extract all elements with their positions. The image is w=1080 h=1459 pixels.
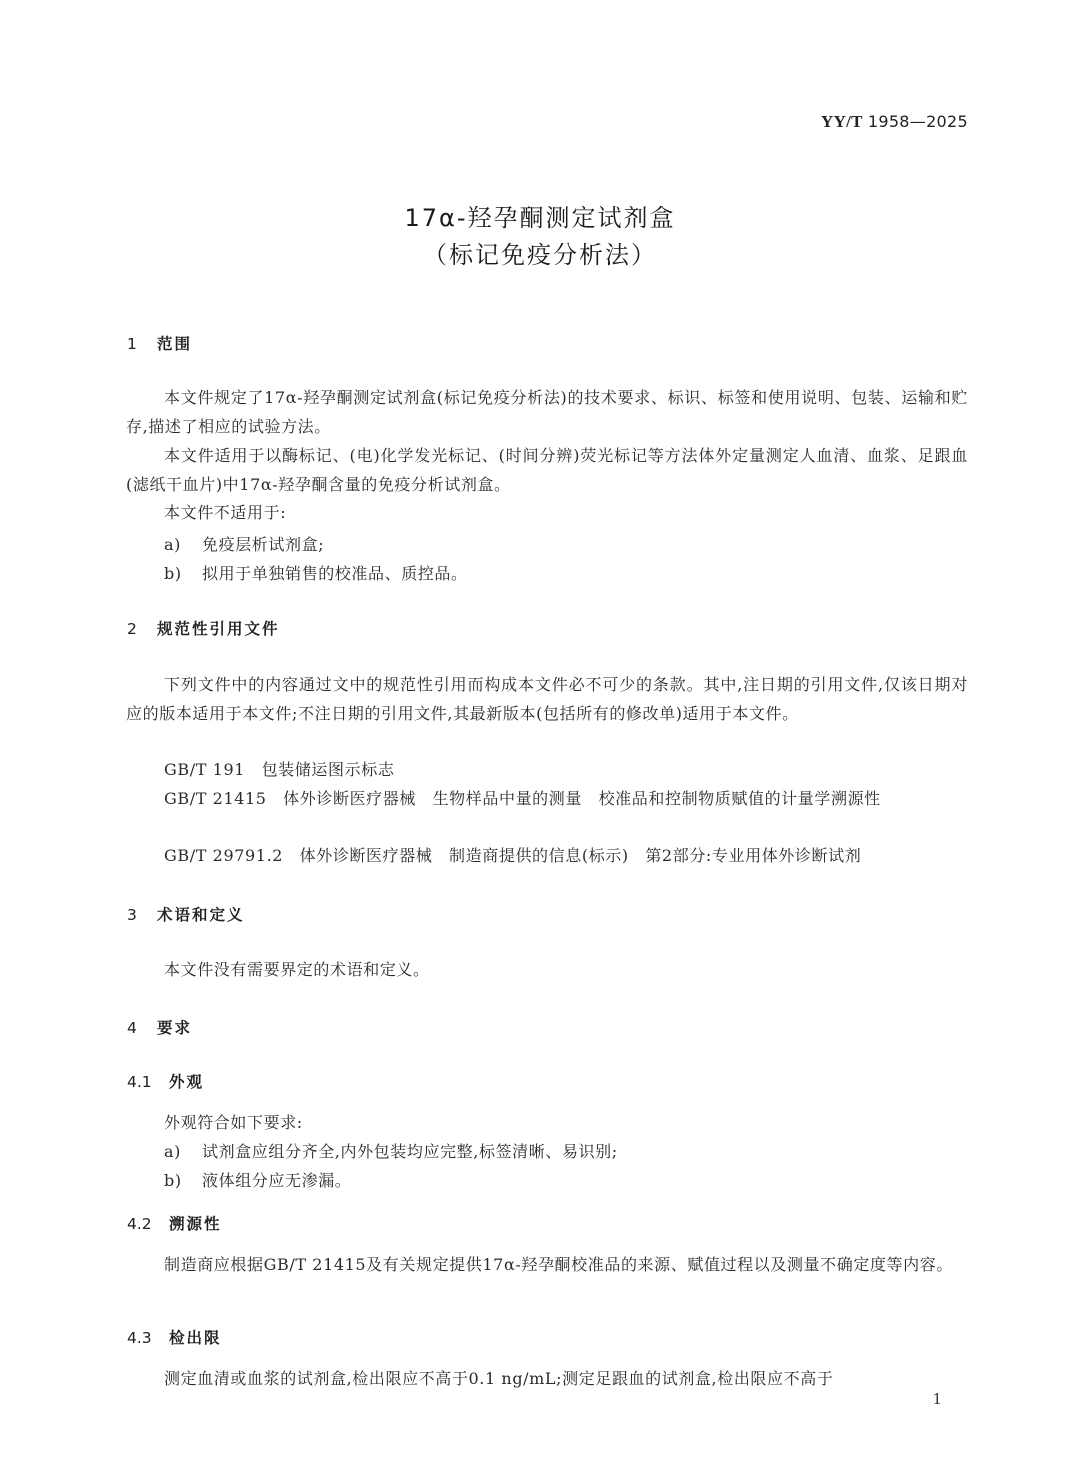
section-title: 术语和定义 — [157, 906, 245, 924]
title-line-1: 17α-羟孕酮测定试剂盒 — [0, 200, 1080, 237]
standard-prefix: YY/T — [821, 112, 863, 131]
section-number: 4 — [127, 1019, 157, 1037]
document-title: 17α-羟孕酮测定试剂盒 （标记免疫分析法） — [0, 200, 1080, 274]
section-number: 3 — [127, 906, 157, 924]
list-marker: a) — [164, 1142, 202, 1161]
standard-code: YY/T 1958—2025 — [821, 112, 968, 132]
section-3-heading: 3术语和定义 — [127, 903, 245, 925]
section-title: 外观 — [169, 1073, 204, 1091]
section-title: 要求 — [157, 1019, 192, 1037]
section-4-heading: 4要求 — [127, 1016, 192, 1038]
normative-reference: GB/T 29791.2 体外诊断医疗器械 制造商提供的信息(标示) 第2部分:… — [126, 842, 968, 871]
standard-number: 1958—2025 — [868, 112, 968, 131]
section-1-heading: 1范围 — [127, 332, 192, 354]
normative-reference: GB/T 21415 体外诊断医疗器械 生物样品中量的测量 校准品和控制物质赋值… — [126, 785, 968, 814]
list-text: 免疫层析试剂盒; — [202, 535, 324, 554]
section-3-paragraph-1: 本文件没有需要界定的术语和定义。 — [126, 956, 968, 985]
section-1-paragraph-2: 本文件适用于以酶标记、(电)化学发光标记、(时间分辨)荧光标记等方法体外定量测定… — [126, 442, 968, 499]
section-number: 4.2 — [127, 1215, 169, 1233]
section-4-2-heading: 4.2溯源性 — [127, 1212, 222, 1234]
section-title: 范围 — [157, 335, 192, 353]
normative-reference: GB/T 191 包装储运图示标志 — [126, 756, 968, 785]
list-marker: b) — [164, 1171, 202, 1190]
document-page: YY/T 1958—2025 17α-羟孕酮测定试剂盒 （标记免疫分析法） 1范… — [0, 0, 1080, 1459]
list-item: b)液体组分应无渗漏。 — [164, 1168, 351, 1191]
title-line-2: （标记免疫分析法） — [0, 237, 1080, 274]
list-marker: b) — [164, 564, 202, 583]
section-2-heading: 2规范性引用文件 — [127, 617, 280, 639]
section-number: 2 — [127, 620, 157, 638]
list-text: 液体组分应无渗漏。 — [202, 1171, 351, 1190]
list-item: a)免疫层析试剂盒; — [164, 532, 324, 555]
list-text: 拟用于单独销售的校准品、质控品。 — [202, 564, 468, 583]
list-text: 试剂盒应组分齐全,内外包装均应完整,标签清晰、易识别; — [202, 1142, 618, 1161]
section-4-3-heading: 4.3检出限 — [127, 1326, 222, 1348]
section-4-3-paragraph-1: 测定血清或血浆的试剂盒,检出限应不高于0.1 ng/mL;测定足跟血的试剂盒,检… — [126, 1365, 968, 1394]
page-number: 1 — [932, 1390, 942, 1408]
list-item: b)拟用于单独销售的校准品、质控品。 — [164, 561, 468, 584]
section-4-1-paragraph-1: 外观符合如下要求: — [164, 1110, 303, 1133]
section-4-1-heading: 4.1外观 — [127, 1070, 204, 1092]
list-item: a)试剂盒应组分齐全,内外包装均应完整,标签清晰、易识别; — [164, 1139, 618, 1162]
section-title: 检出限 — [169, 1329, 222, 1347]
section-1-paragraph-3: 本文件不适用于: — [126, 499, 968, 528]
section-number: 1 — [127, 335, 157, 353]
section-title: 规范性引用文件 — [157, 620, 280, 638]
section-1-paragraph-1: 本文件规定了17α-羟孕酮测定试剂盒(标记免疫分析法)的技术要求、标识、标签和使… — [126, 384, 968, 441]
list-marker: a) — [164, 535, 202, 554]
section-2-paragraph-1: 下列文件中的内容通过文中的规范性引用而构成本文件必不可少的条款。其中,注日期的引… — [126, 671, 968, 728]
section-number: 4.3 — [127, 1329, 169, 1347]
section-title: 溯源性 — [169, 1215, 222, 1233]
section-number: 4.1 — [127, 1073, 169, 1091]
section-4-2-paragraph-1: 制造商应根据GB/T 21415及有关规定提供17α-羟孕酮校准品的来源、赋值过… — [126, 1251, 968, 1280]
